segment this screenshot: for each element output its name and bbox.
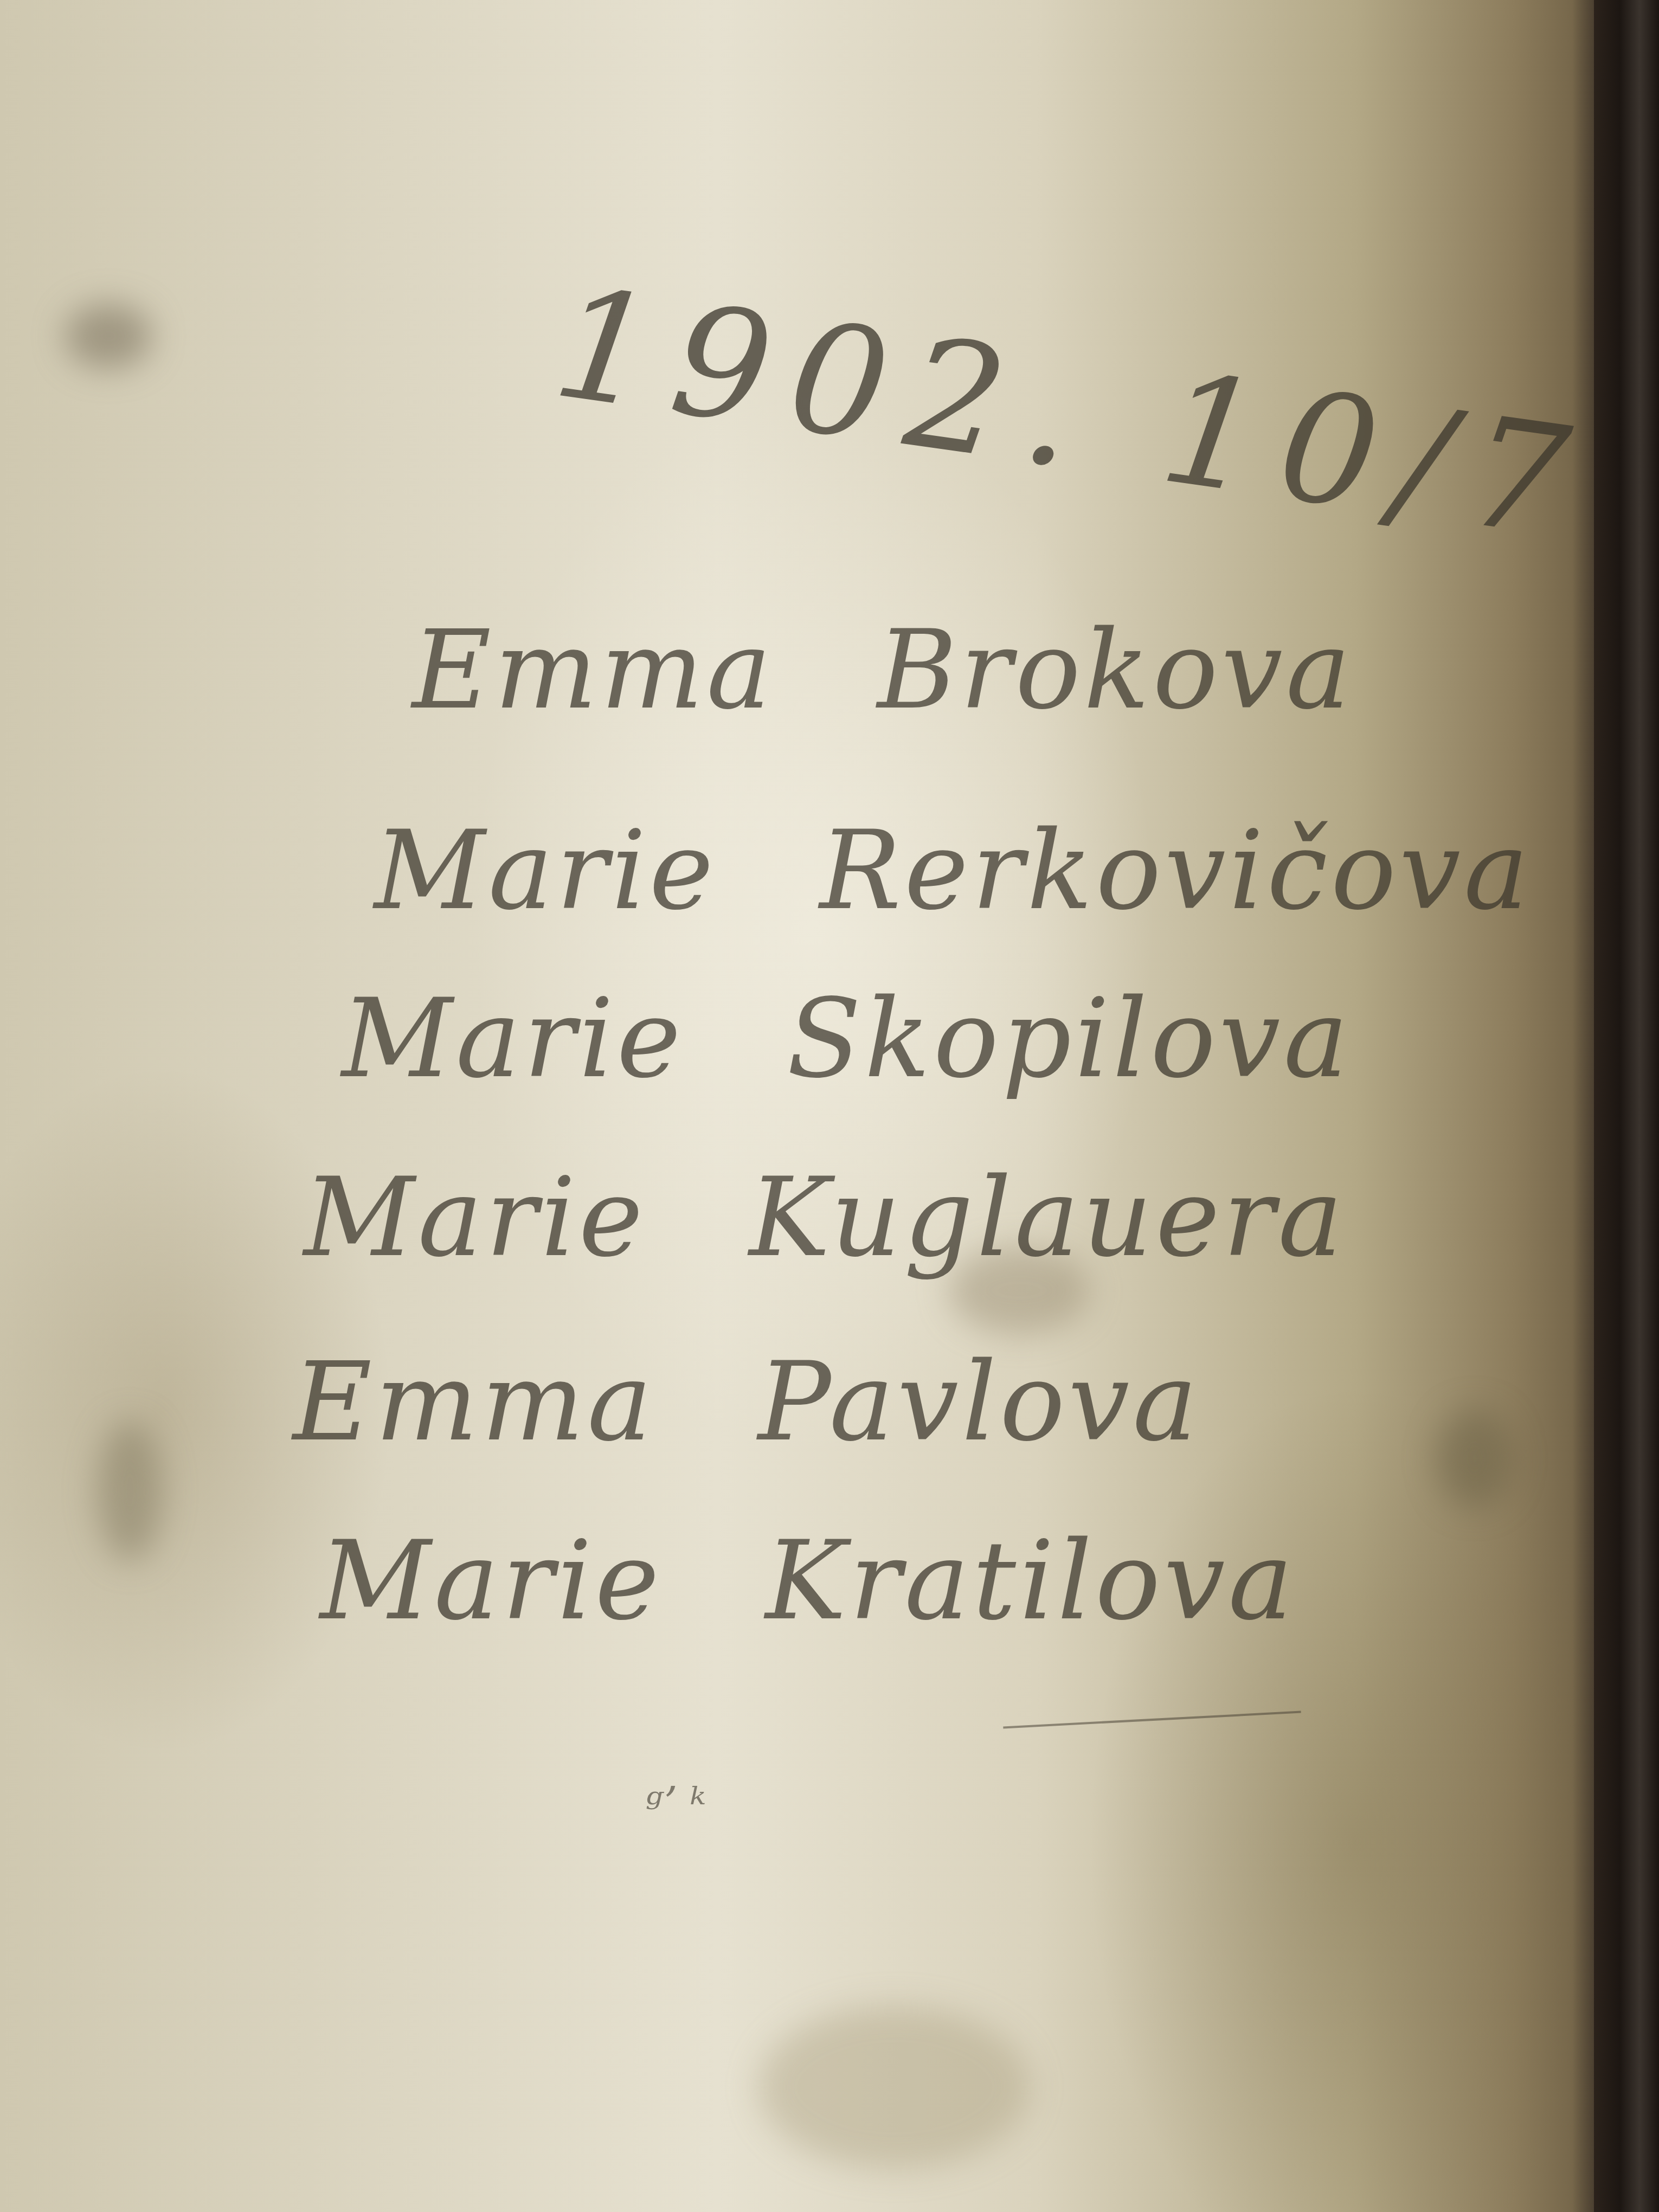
first-name: Marie	[320, 1518, 663, 1644]
name-line: Marie Kuglauera	[304, 1155, 1346, 1281]
faint-scribble: ᵍʼ ᵏ	[645, 1778, 706, 1829]
last-name: Rerkovičova	[820, 808, 1532, 934]
name-line: Marie Rerkovičova	[374, 808, 1532, 934]
name-line: Emma Brokova	[412, 607, 1354, 734]
first-name: Emma	[293, 1339, 655, 1465]
first-name: Marie	[374, 808, 717, 934]
name-line: Marie Kratilova	[320, 1518, 1296, 1644]
first-name: Marie	[304, 1155, 646, 1281]
handwritten-inscription: 1902. 10/7 Emma Brokova Marie Rerkovičov…	[0, 0, 1659, 2212]
first-name: Emma	[412, 607, 775, 734]
first-name: Marie	[342, 976, 684, 1102]
name-line: Marie Skopilova	[342, 976, 1352, 1102]
last-name: Kuglauera	[749, 1155, 1346, 1281]
last-name: Brokova	[877, 607, 1354, 734]
pencil-stroke	[1003, 1711, 1301, 1729]
last-name: Kratilova	[766, 1518, 1296, 1644]
name-line: Emma Pavlova	[293, 1339, 1201, 1465]
last-name: Pavlova	[758, 1339, 1200, 1465]
last-name: Skopilova	[787, 976, 1352, 1102]
inscription-date: 1902. 10/7	[545, 255, 1600, 575]
